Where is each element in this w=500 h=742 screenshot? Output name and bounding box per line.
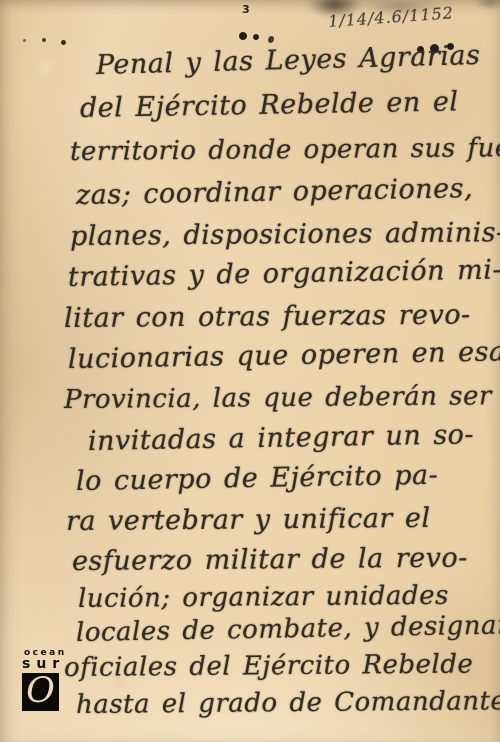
page-number: 3 xyxy=(242,3,250,16)
manuscript-line: lucionarias que operen en esa xyxy=(68,336,500,375)
manuscript-line: esfuerzo militar de la revo- xyxy=(72,543,468,577)
manuscript-line: lo cuerpo de Ejército pa- xyxy=(76,460,439,497)
archive-number: 1/14/4.6/1152 xyxy=(328,0,499,31)
manuscript-line: litar con otras fuerzas revo- xyxy=(64,299,471,334)
ocean-sur-o-letter: O xyxy=(26,674,55,709)
manuscript-line: hasta el grado de Comandante xyxy=(76,686,500,720)
manuscript-line: territorio donde operan sus fuer- xyxy=(70,133,500,167)
ocean-sur-o-mark: O xyxy=(22,673,59,711)
manuscript-line: planes, disposiciones adminis- xyxy=(70,217,500,252)
manuscript-line: locales de combate, y designar xyxy=(76,610,500,648)
manuscript-line: lución; organizar unidades xyxy=(78,581,449,614)
ink-dot xyxy=(268,36,274,43)
manuscript-line: del Ejército Rebelde en el xyxy=(80,86,459,124)
manuscript-line: Penal y las Leyes Agrarias xyxy=(96,40,481,81)
manuscript-line: Provincia, las que deberán ser xyxy=(64,381,492,415)
manuscript-line: invitadas a integrar un so- xyxy=(88,419,475,457)
ink-dot xyxy=(61,40,66,45)
ink-dot xyxy=(253,34,259,40)
ink-dot xyxy=(42,38,46,42)
ink-dot xyxy=(23,39,26,42)
manuscript-line: trativas y de organización mi- xyxy=(68,254,500,293)
manuscript-line: ra vertebrar y unificar el xyxy=(66,503,431,537)
ocean-sur-logo-text: sur xyxy=(22,658,62,671)
manuscript-line: oficiales del Ejército Rebelde xyxy=(64,649,474,683)
ocean-sur-logo: ocean sur O xyxy=(22,648,62,711)
manuscript-line: zas; coordinar operaciones, xyxy=(76,173,474,211)
manuscript-page: 3 1/14/4.6/1152 Penal y las Leyes Agrari… xyxy=(0,0,500,742)
ink-dot xyxy=(239,32,247,40)
